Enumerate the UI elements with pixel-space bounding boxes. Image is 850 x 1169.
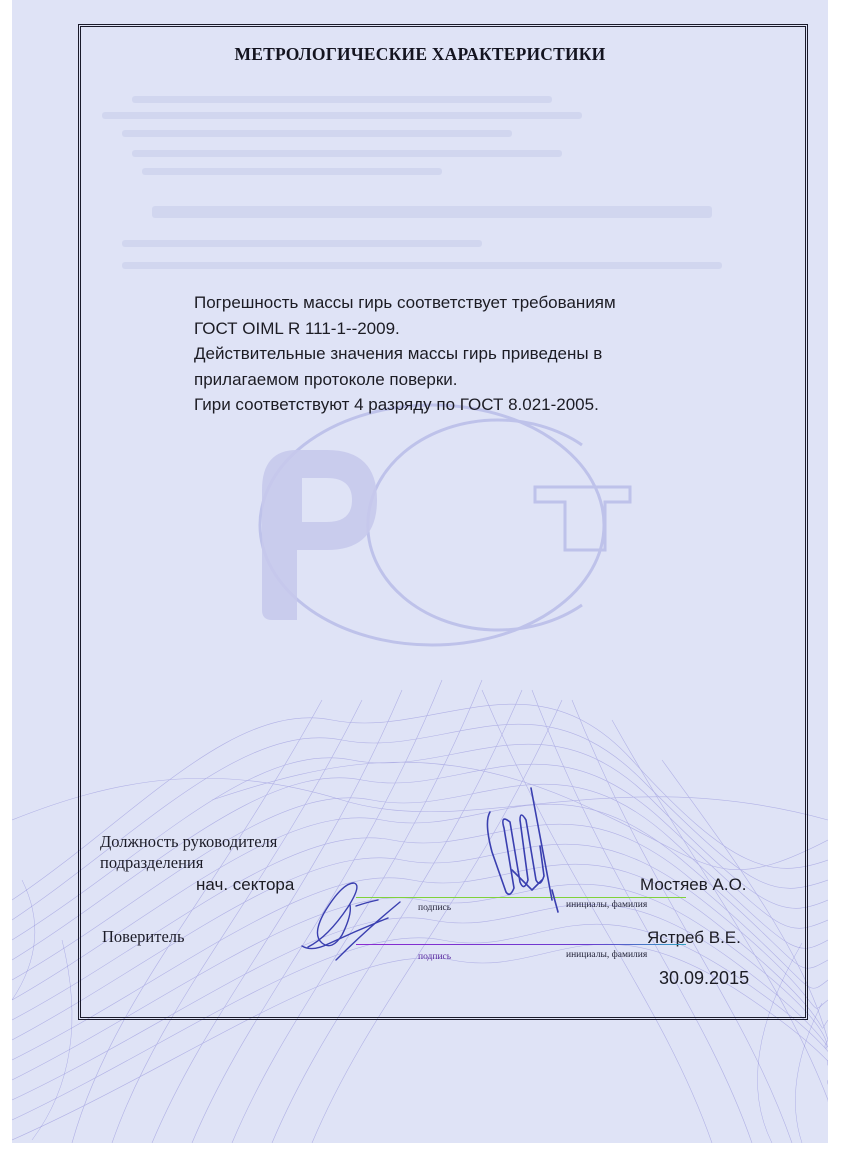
handwritten-signatures (12, 0, 828, 1143)
certificate-page: МЕТРОЛОГИЧЕСКИЕ ХАРАКТЕРИСТИКИ Погрешнос… (12, 0, 828, 1143)
head-signature-icon (487, 788, 558, 912)
verifier-signature-icon (302, 883, 400, 960)
